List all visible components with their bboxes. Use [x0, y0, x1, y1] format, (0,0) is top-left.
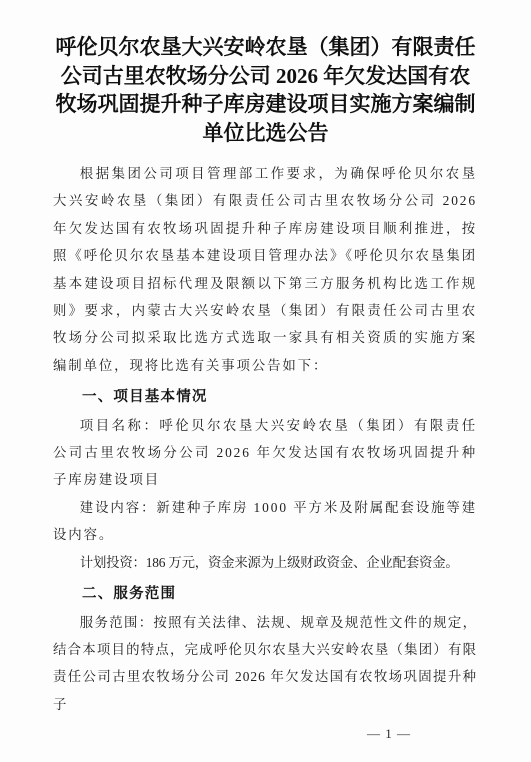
project-name-paragraph: 项目名称：呼伦贝尔农垦大兴安岭农垦（集团）有限责任公司古里农牧场分公司 2026… [53, 412, 477, 494]
planned-investment-paragraph: 计划投资：186 万元，资金来源为上级财政资金、企业配套资金。 [53, 549, 477, 576]
service-scope-paragraph: 服务范围：按照有关法律、法规、规章及规范性文件的规定，结合本项目的特点，完成呼伦… [53, 609, 477, 719]
document-body: 根据集团公司项目管理部工作要求，为确保呼伦贝尔农垦大兴安岭农垦（集团）有限责任公… [53, 160, 477, 744]
intro-paragraph: 根据集团公司项目管理部工作要求，为确保呼伦贝尔农垦大兴安岭农垦（集团）有限责任公… [53, 160, 477, 379]
page-number: — 1 — [53, 724, 477, 744]
section-1-heading: 一、项目基本情况 [53, 384, 477, 411]
document-page: 呼伦贝尔农垦大兴安岭农垦（集团）有限责任公司古里农牧场分公司 2026 年欠发达… [0, 0, 531, 762]
construction-content-paragraph: 建设内容：新建种子库房 1000 平方米及附属配套设施等建设内容。 [53, 494, 477, 549]
section-2-heading: 二、服务范围 [53, 581, 477, 608]
document-title: 呼伦贝尔农垦大兴安岭农垦（集团）有限责任公司古里农牧场分公司 2026 年欠发达… [53, 0, 479, 147]
